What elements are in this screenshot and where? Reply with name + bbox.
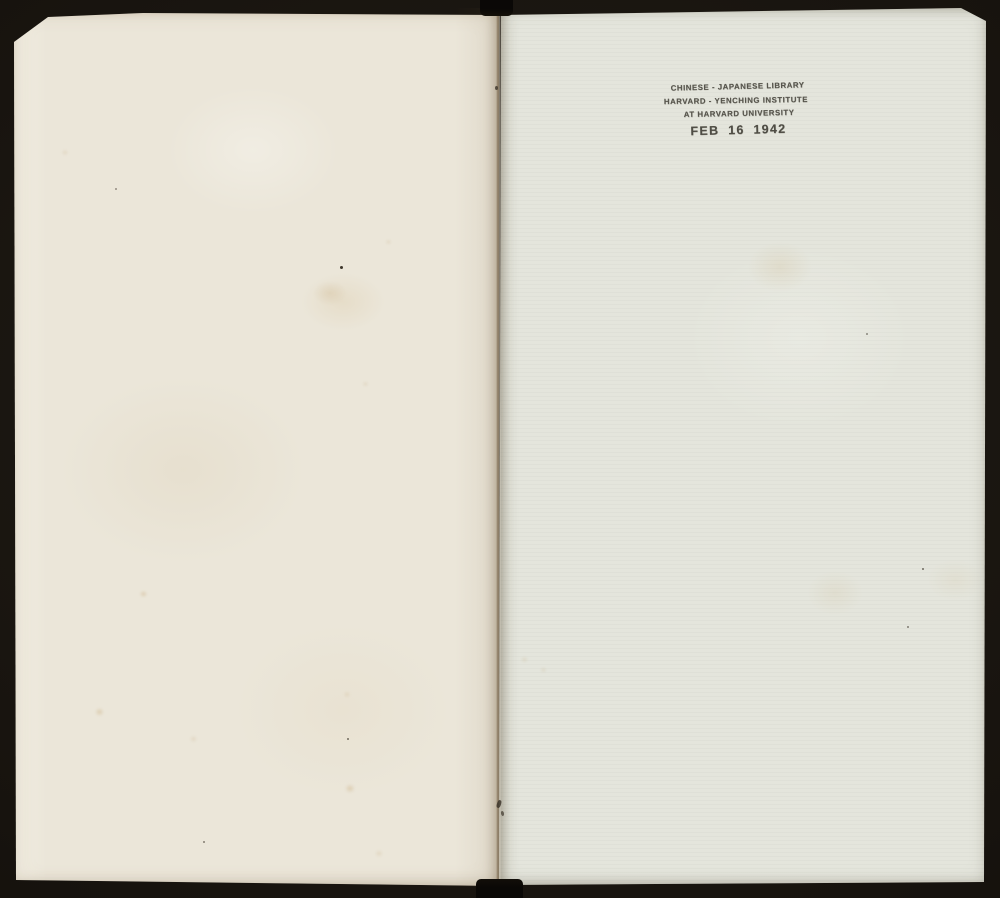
book-scan: CHINESE - JAPANESE LIBRARY HARVARD - YEN… [0,0,1000,898]
stamp-line-3: AT HARVARD UNIVERSITY [667,106,811,122]
left-page [13,10,499,887]
spine-notch-bottom [476,879,523,898]
library-stamp: CHINESE - JAPANESE LIBRARY HARVARD - YEN… [665,79,810,138]
right-page [499,8,987,885]
spine-notch-top [480,0,513,16]
